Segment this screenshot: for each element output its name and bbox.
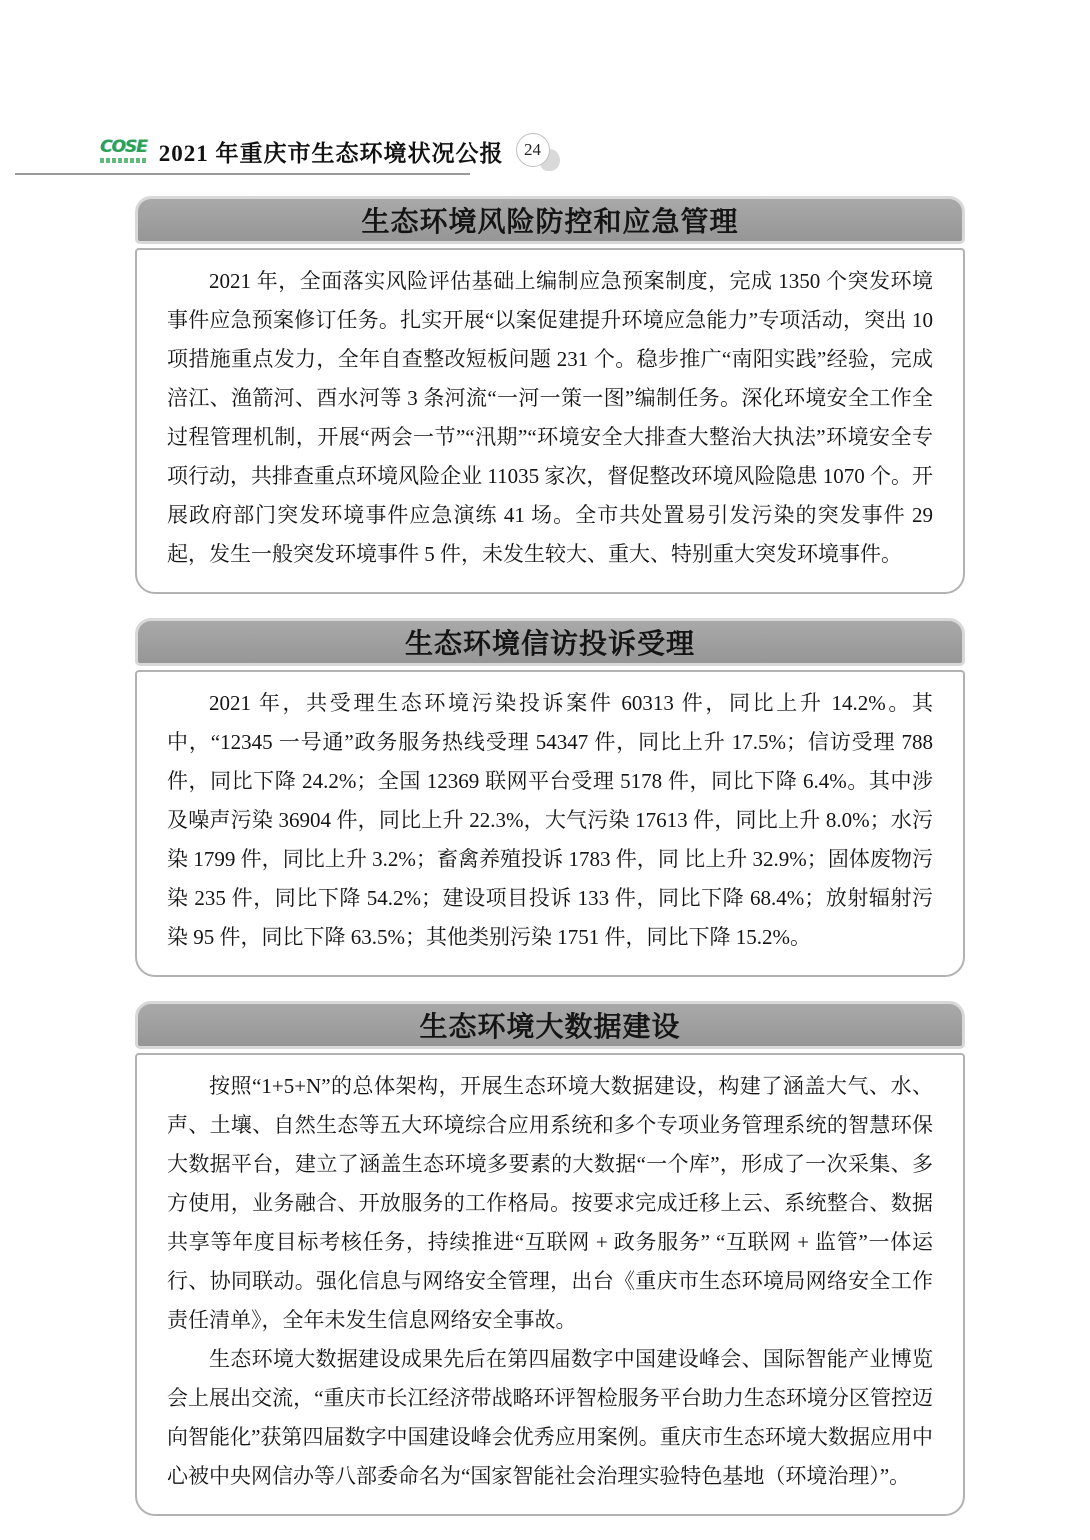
section-title: 生态环境大数据建设 [419,1005,680,1045]
section-title-bar: 生态环境信访投诉受理 [135,618,965,666]
paragraph: 按照“1+5+N”的总体架构，开展生态环境大数据建设，构建了涵盖大气、水、声、土… [167,1067,933,1340]
logo-subtext-strip [100,158,146,163]
paragraph: 生态环境大数据建设成果先后在第四届数字中国建设峰会、国际智能产业博览会上展出交流… [167,1340,933,1496]
section-title: 生态环境信访投诉受理 [405,622,695,662]
page-header: COSE 2021 年重庆市生态环境状况公报 24 [100,130,556,172]
report-title: 2021 年重庆市生态环境状况公报 [159,135,504,168]
section-content: 按照“1+5+N”的总体架构，开展生态环境大数据建设，构建了涵盖大气、水、声、土… [135,1053,965,1516]
page-number: 24 [516,133,550,167]
section-big-data: 生态环境大数据建设 按照“1+5+N”的总体架构，开展生态环境大数据建设，构建了… [135,1001,965,1516]
publisher-logo: COSE [100,139,147,163]
header-divider [15,173,470,175]
section-petition-complaints: 生态环境信访投诉受理 2021 年，共受理生态环境污染投诉案件 60313 件，… [135,618,965,977]
paragraph: 2021 年，全面落实风险评估基础上编制应急预案制度，完成 1350 个突发环境… [167,262,933,574]
section-content: 2021 年，共受理生态环境污染投诉案件 60313 件，同比上升 14.2%。… [135,670,965,977]
page-number-badge: 24 [516,131,556,171]
section-content: 2021 年，全面落实风险评估基础上编制应急预案制度，完成 1350 个突发环境… [135,248,965,594]
logo-text: COSE [100,139,147,156]
section-title: 生态环境风险防控和应急管理 [361,200,738,240]
section-title-bar: 生态环境大数据建设 [135,1001,965,1049]
section-title-bar: 生态环境风险防控和应急管理 [135,196,965,244]
section-risk-emergency: 生态环境风险防控和应急管理 2021 年，全面落实风险评估基础上编制应急预案制度… [135,196,965,594]
paragraph: 2021 年，共受理生态环境污染投诉案件 60313 件，同比上升 14.2%。… [167,684,933,957]
report-body: 生态环境风险防控和应急管理 2021 年，全面落实风险评估基础上编制应急预案制度… [135,196,965,1540]
